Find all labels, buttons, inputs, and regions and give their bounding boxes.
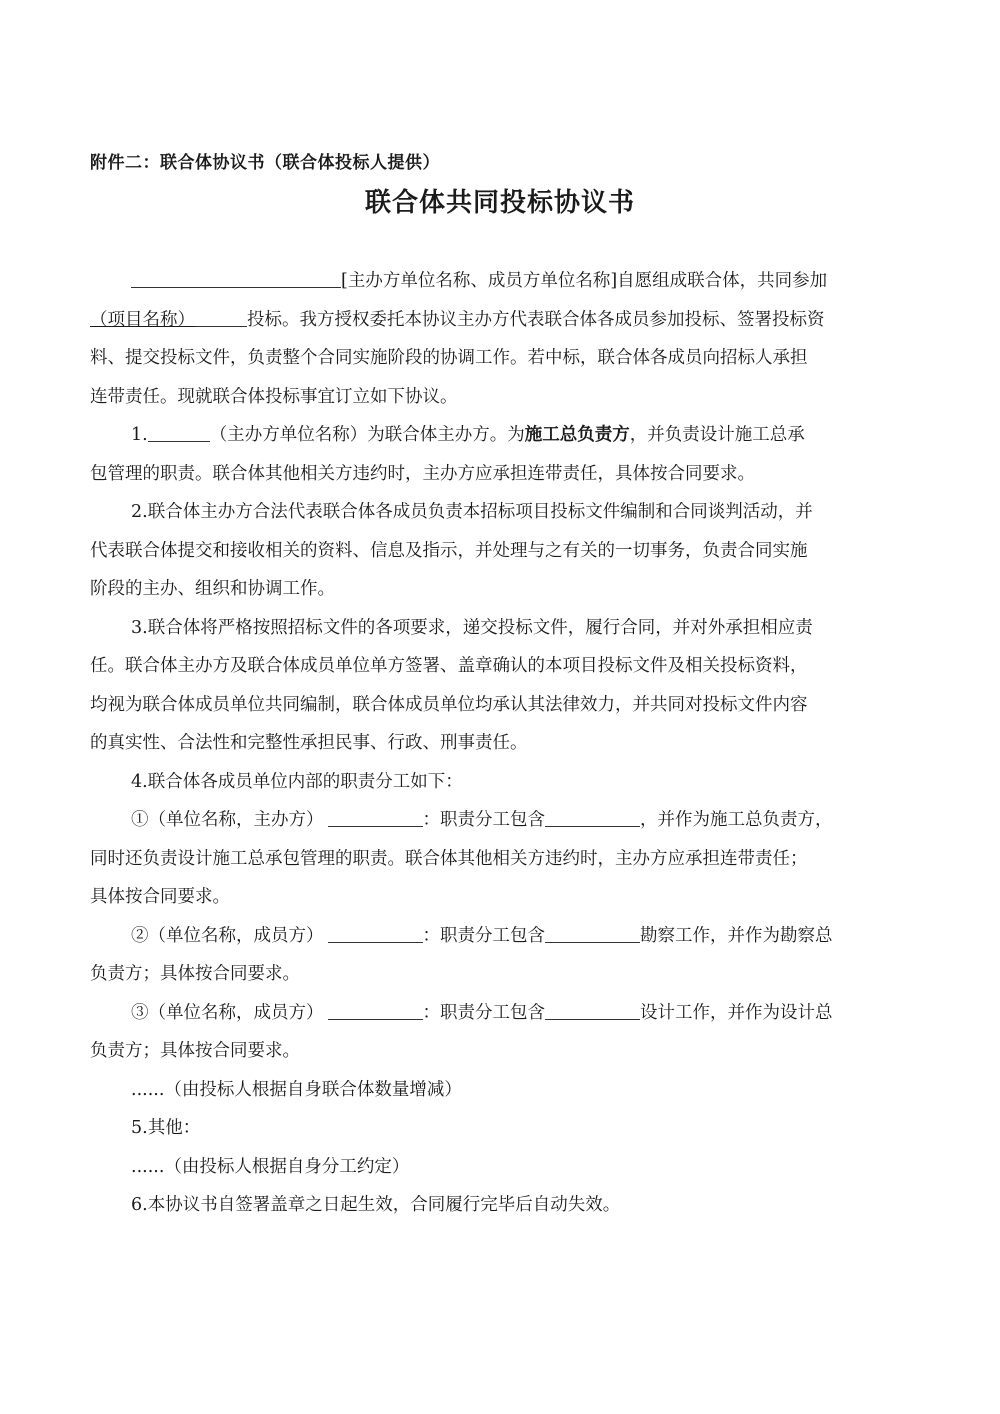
clause-1-line-2: 包管理的职责。联合体其他相关方违约时，主办方应承担连带责任，具体按合同要求。 <box>90 455 910 494</box>
clause-3-line-3: 均视为联合体成员单位共同编制，联合体成员单位均承认其法律效力，并共同对投标文件内… <box>90 686 910 725</box>
clause-3-line-1: 3.联合体将严格按照招标文件的各项要求，递交投标文件，履行合同，并对外承担相应责 <box>90 609 910 648</box>
project-name-blank[interactable] <box>195 304 247 327</box>
duty-item-1-line-2: 同时还负责设计施工总承包管理的职责。联合体其他相关方违约时，主办方应承担连带责任… <box>90 840 910 879</box>
clause-4-heading: 4.联合体各成员单位内部的职责分工如下： <box>90 763 910 802</box>
duty-item-1-line-3: 具体按合同要求。 <box>90 878 910 917</box>
clause-5-heading: 5.其他： <box>90 1109 910 1148</box>
intro-line-3: 料、提交投标文件，负责整个合同实施阶段的协调工作。若中标，联合体各成员向招标人承… <box>90 339 910 378</box>
clause-2-line-3: 阶段的主办、组织和协调工作。 <box>90 570 910 609</box>
document-body: [主办方单位名称、成员方单位名称]自愿组成联合体，共同参加 （项目名称）投标。我… <box>90 262 910 1225</box>
bold-term: 施工总负责方 <box>525 425 630 445</box>
duty-item-2-line-1: ②（单位名称，成员方）：职责分工包含勘察工作，并作为勘察总 <box>90 917 910 956</box>
attachment-heading: 附件二：联合体协议书（联合体投标人提供） <box>90 148 440 173</box>
duty-item-2-line-2: 负责方；具体按合同要求。 <box>90 955 910 994</box>
duty-blank-2[interactable] <box>545 920 640 943</box>
intro-line-2: （项目名称）投标。我方授权委托本协议主办方代表联合体各成员参加投标、签署投标资 <box>90 301 910 340</box>
intro-line-4: 连带责任。现就联合体投标事宜订立如下协议。 <box>90 378 910 417</box>
clause-1-line-1: 1.（主办方单位名称）为联合体主办方。为施工总负责方，并负责设计施工总承 <box>90 416 910 455</box>
document-title: 联合体共同投标协议书 <box>0 182 1000 219</box>
duty-item-3-line-1: ③（单位名称，成员方）：职责分工包含设计工作，并作为设计总 <box>90 994 910 1033</box>
clause-3-line-4: 的真实性、合法性和完整性承担民事、行政、刑事责任。 <box>90 724 910 763</box>
lead-party-blank[interactable] <box>148 419 210 442</box>
unit-name-blank-3[interactable] <box>328 997 423 1020</box>
unit-name-blank-2[interactable] <box>328 920 423 943</box>
duty-blank-3[interactable] <box>545 997 640 1020</box>
clause-3-line-2: 任。联合体主办方及联合体成员单位单方签署、盖章确认的本项目投标文件及相关投标资料… <box>90 647 910 686</box>
clause-2-line-2: 代表联合体提交和接收相关的资料、信息及指示，并处理与之有关的一切事务，负责合同实… <box>90 532 910 571</box>
clause-4-note: ......（由投标人根据自身联合体数量增减） <box>90 1071 910 1110</box>
project-name-field[interactable]: （项目名称） <box>90 310 195 330</box>
document-page: 附件二：联合体协议书（联合体投标人提供） 联合体共同投标协议书 [主办方单位名称… <box>0 0 1000 1414</box>
duty-item-3-line-2: 负责方；具体按合同要求。 <box>90 1032 910 1071</box>
party-names-blank[interactable] <box>131 265 341 288</box>
duty-blank-1[interactable] <box>545 804 640 827</box>
clause-5-note: ......（由投标人根据自身分工约定） <box>90 1148 910 1187</box>
duty-item-1-line-1: ①（单位名称，主办方）：职责分工包含，并作为施工总负责方， <box>90 801 910 840</box>
intro-line-1: [主办方单位名称、成员方单位名称]自愿组成联合体，共同参加 <box>90 262 910 301</box>
unit-name-blank-1[interactable] <box>328 804 423 827</box>
clause-2-line-1: 2.联合体主办方合法代表联合体各成员负责本招标项目投标文件编制和合同谈判活动，并 <box>90 493 910 532</box>
clause-6: 6.本协议书自签署盖章之日起生效，合同履行完毕后自动失效。 <box>90 1186 910 1225</box>
